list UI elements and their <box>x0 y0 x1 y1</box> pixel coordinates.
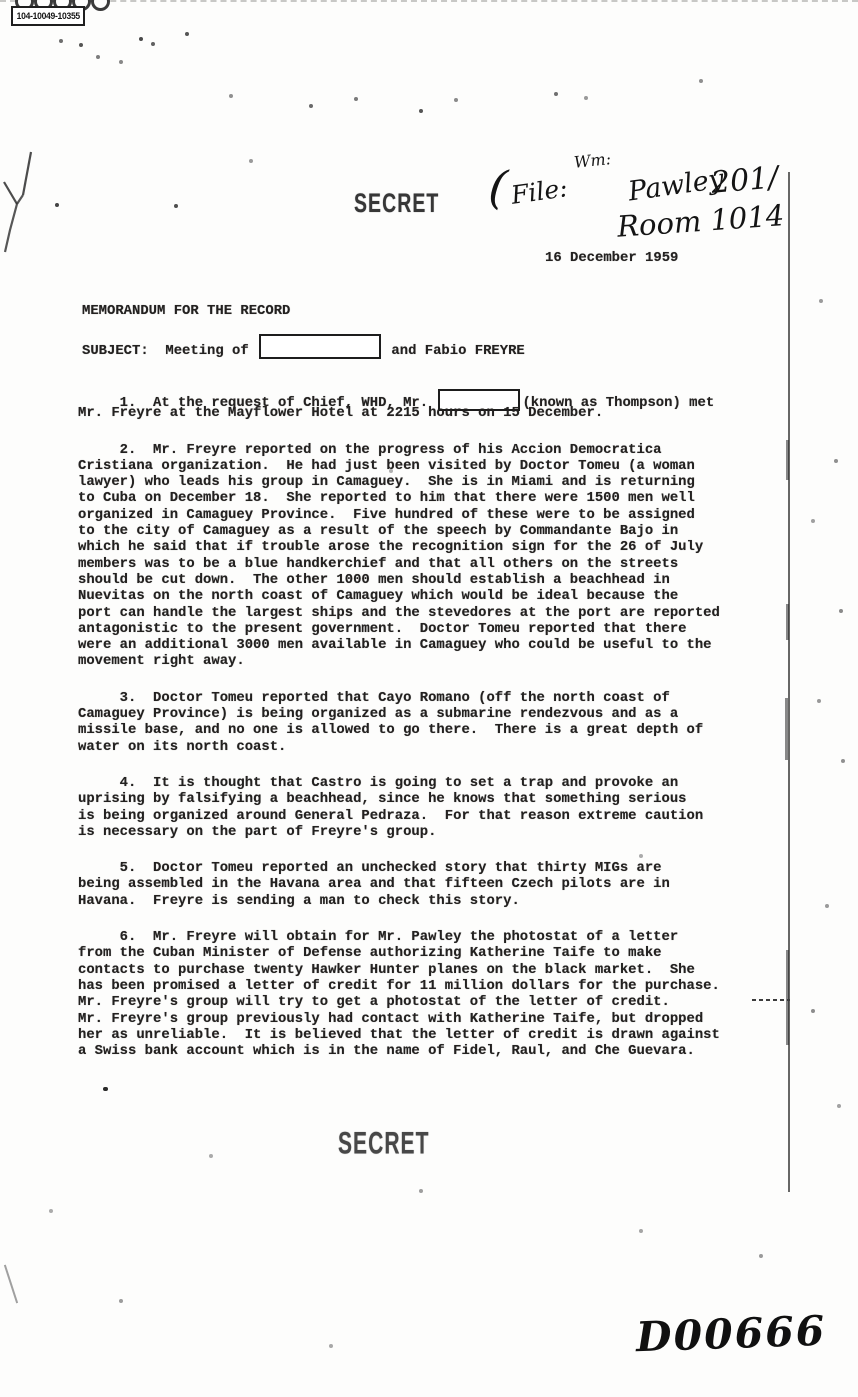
memo-line: her as unreliable. It is believed that t… <box>78 1027 778 1043</box>
handwritten-wm: Wm: <box>573 149 612 172</box>
memo-paragraph: 1. At the request of Chief, WHD, Mr. (kn… <box>78 389 778 422</box>
memo-line: 3. Doctor Tomeu reported that Cayo Roman… <box>78 690 778 706</box>
memo-line: 2. Mr. Freyre reported on the progress o… <box>78 442 778 458</box>
memo-line: to the city of Camaguey as a result of t… <box>78 523 778 539</box>
memo-line: to Cuba on December 18. She reported to … <box>78 490 778 506</box>
memo-line: Havana. Freyre is sending a man to check… <box>78 893 778 909</box>
memo-line: lawyer) who leads his group in Camaguey.… <box>78 474 778 490</box>
memo-paragraph: 4. It is thought that Castro is going to… <box>78 775 778 840</box>
handwritten-file-label: File: <box>509 173 569 210</box>
memo-line: missile base, and no one is allowed to g… <box>78 722 778 738</box>
pencil-mark-bottom-left <box>4 1265 18 1304</box>
memo-line: 6. Mr. Freyre will obtain for Mr. Pawley… <box>78 929 778 945</box>
memo-line: 1. At the request of Chief, WHD, Mr. (kn… <box>78 389 778 405</box>
memo-heading: MEMORANDUM FOR THE RECORD <box>82 303 290 319</box>
memo-line: Mr. Freyre's group will try to get a pho… <box>78 994 778 1010</box>
subject-line: SUBJECT: Meeting of and Fabio FREYRE <box>82 334 525 359</box>
memo-paragraph: 6. Mr. Freyre will obtain for Mr. Pawley… <box>78 929 778 1059</box>
text-segment: SUBJECT: Meeting of <box>82 343 257 359</box>
memo-line: Mr. Freyre's group previously had contac… <box>78 1011 778 1027</box>
date-line: 16 December 1959 <box>545 250 678 266</box>
memo-line: Nuevitas on the north coast of Camaguey … <box>78 588 778 604</box>
memo-line: is being organized around General Pedraz… <box>78 808 778 824</box>
record-id-stamp: 104-10049-10355 <box>11 6 85 26</box>
handwritten-doc-number: D00666 <box>635 1307 827 1362</box>
memo-paragraph: 2. Mr. Freyre reported on the progress o… <box>78 442 778 670</box>
punch-hole <box>91 0 110 11</box>
memo-line: port can handle the largest ships and th… <box>78 605 778 621</box>
secret-stamp-bottom: SECRET <box>338 1126 429 1162</box>
memo-line: should be cut down. The other 1000 men s… <box>78 572 778 588</box>
text-segment: and Fabio FREYRE <box>383 343 525 359</box>
scan-artifact <box>786 604 789 640</box>
memo-line: members was to be a blue handkerchief an… <box>78 556 778 572</box>
memo-line: Camaguey Province) is being organized as… <box>78 706 778 722</box>
memo-line: movement right away. <box>78 653 778 669</box>
scan-artifact <box>786 950 789 1045</box>
memo-line: has been promised a letter of credit for… <box>78 978 778 994</box>
scan-noise <box>0 0 2 2</box>
scan-artifact <box>785 698 788 760</box>
memo-line: 5. Doctor Tomeu reported an unchecked st… <box>78 860 778 876</box>
perforation-edge <box>0 0 858 5</box>
memo-paragraph: 3. Doctor Tomeu reported that Cayo Roman… <box>78 690 778 755</box>
handwritten-201: 201/ <box>710 160 780 201</box>
handwritten-paren: ( <box>486 159 509 215</box>
memo-paragraph: 5. Doctor Tomeu reported an unchecked st… <box>78 860 778 909</box>
memo-line: antagonistic to the present government. … <box>78 621 778 637</box>
pencil-scribble <box>0 140 70 320</box>
secret-stamp-top: SECRET <box>354 188 439 219</box>
memo-line: were an additional 3000 men available in… <box>78 637 778 653</box>
memo-line: water on its north coast. <box>78 739 778 755</box>
memo-line: uprising by falsifying a beachhead, sinc… <box>78 791 778 807</box>
stray-ink-dot <box>103 1087 108 1091</box>
memo-line: Cristiana organization. He had just been… <box>78 458 778 474</box>
redaction-box <box>259 334 381 359</box>
memo-line: contacts to purchase twenty Hawker Hunte… <box>78 962 778 978</box>
memo-line: from the Cuban Minister of Defense autho… <box>78 945 778 961</box>
memo-line: is necessary on the part of Freyre's gro… <box>78 824 778 840</box>
memo-line: which he said that if trouble arose the … <box>78 539 778 555</box>
memo-line: a Swiss bank account which is in the nam… <box>78 1043 778 1059</box>
scan-artifact-dashes <box>752 999 790 1001</box>
document-page: 104-10049-10355 SECRET ( File: Wm: Pawle… <box>0 0 858 1397</box>
memo-line: 4. It is thought that Castro is going to… <box>78 775 778 791</box>
memo-line: being assembled in the Havana area and t… <box>78 876 778 892</box>
scan-artifact <box>786 440 789 480</box>
record-id-text: 104-10049-10355 <box>16 11 79 21</box>
memo-line: organized in Camaguey Province. Five hun… <box>78 507 778 523</box>
memo-body: 1. At the request of Chief, WHD, Mr. (kn… <box>78 389 778 1059</box>
